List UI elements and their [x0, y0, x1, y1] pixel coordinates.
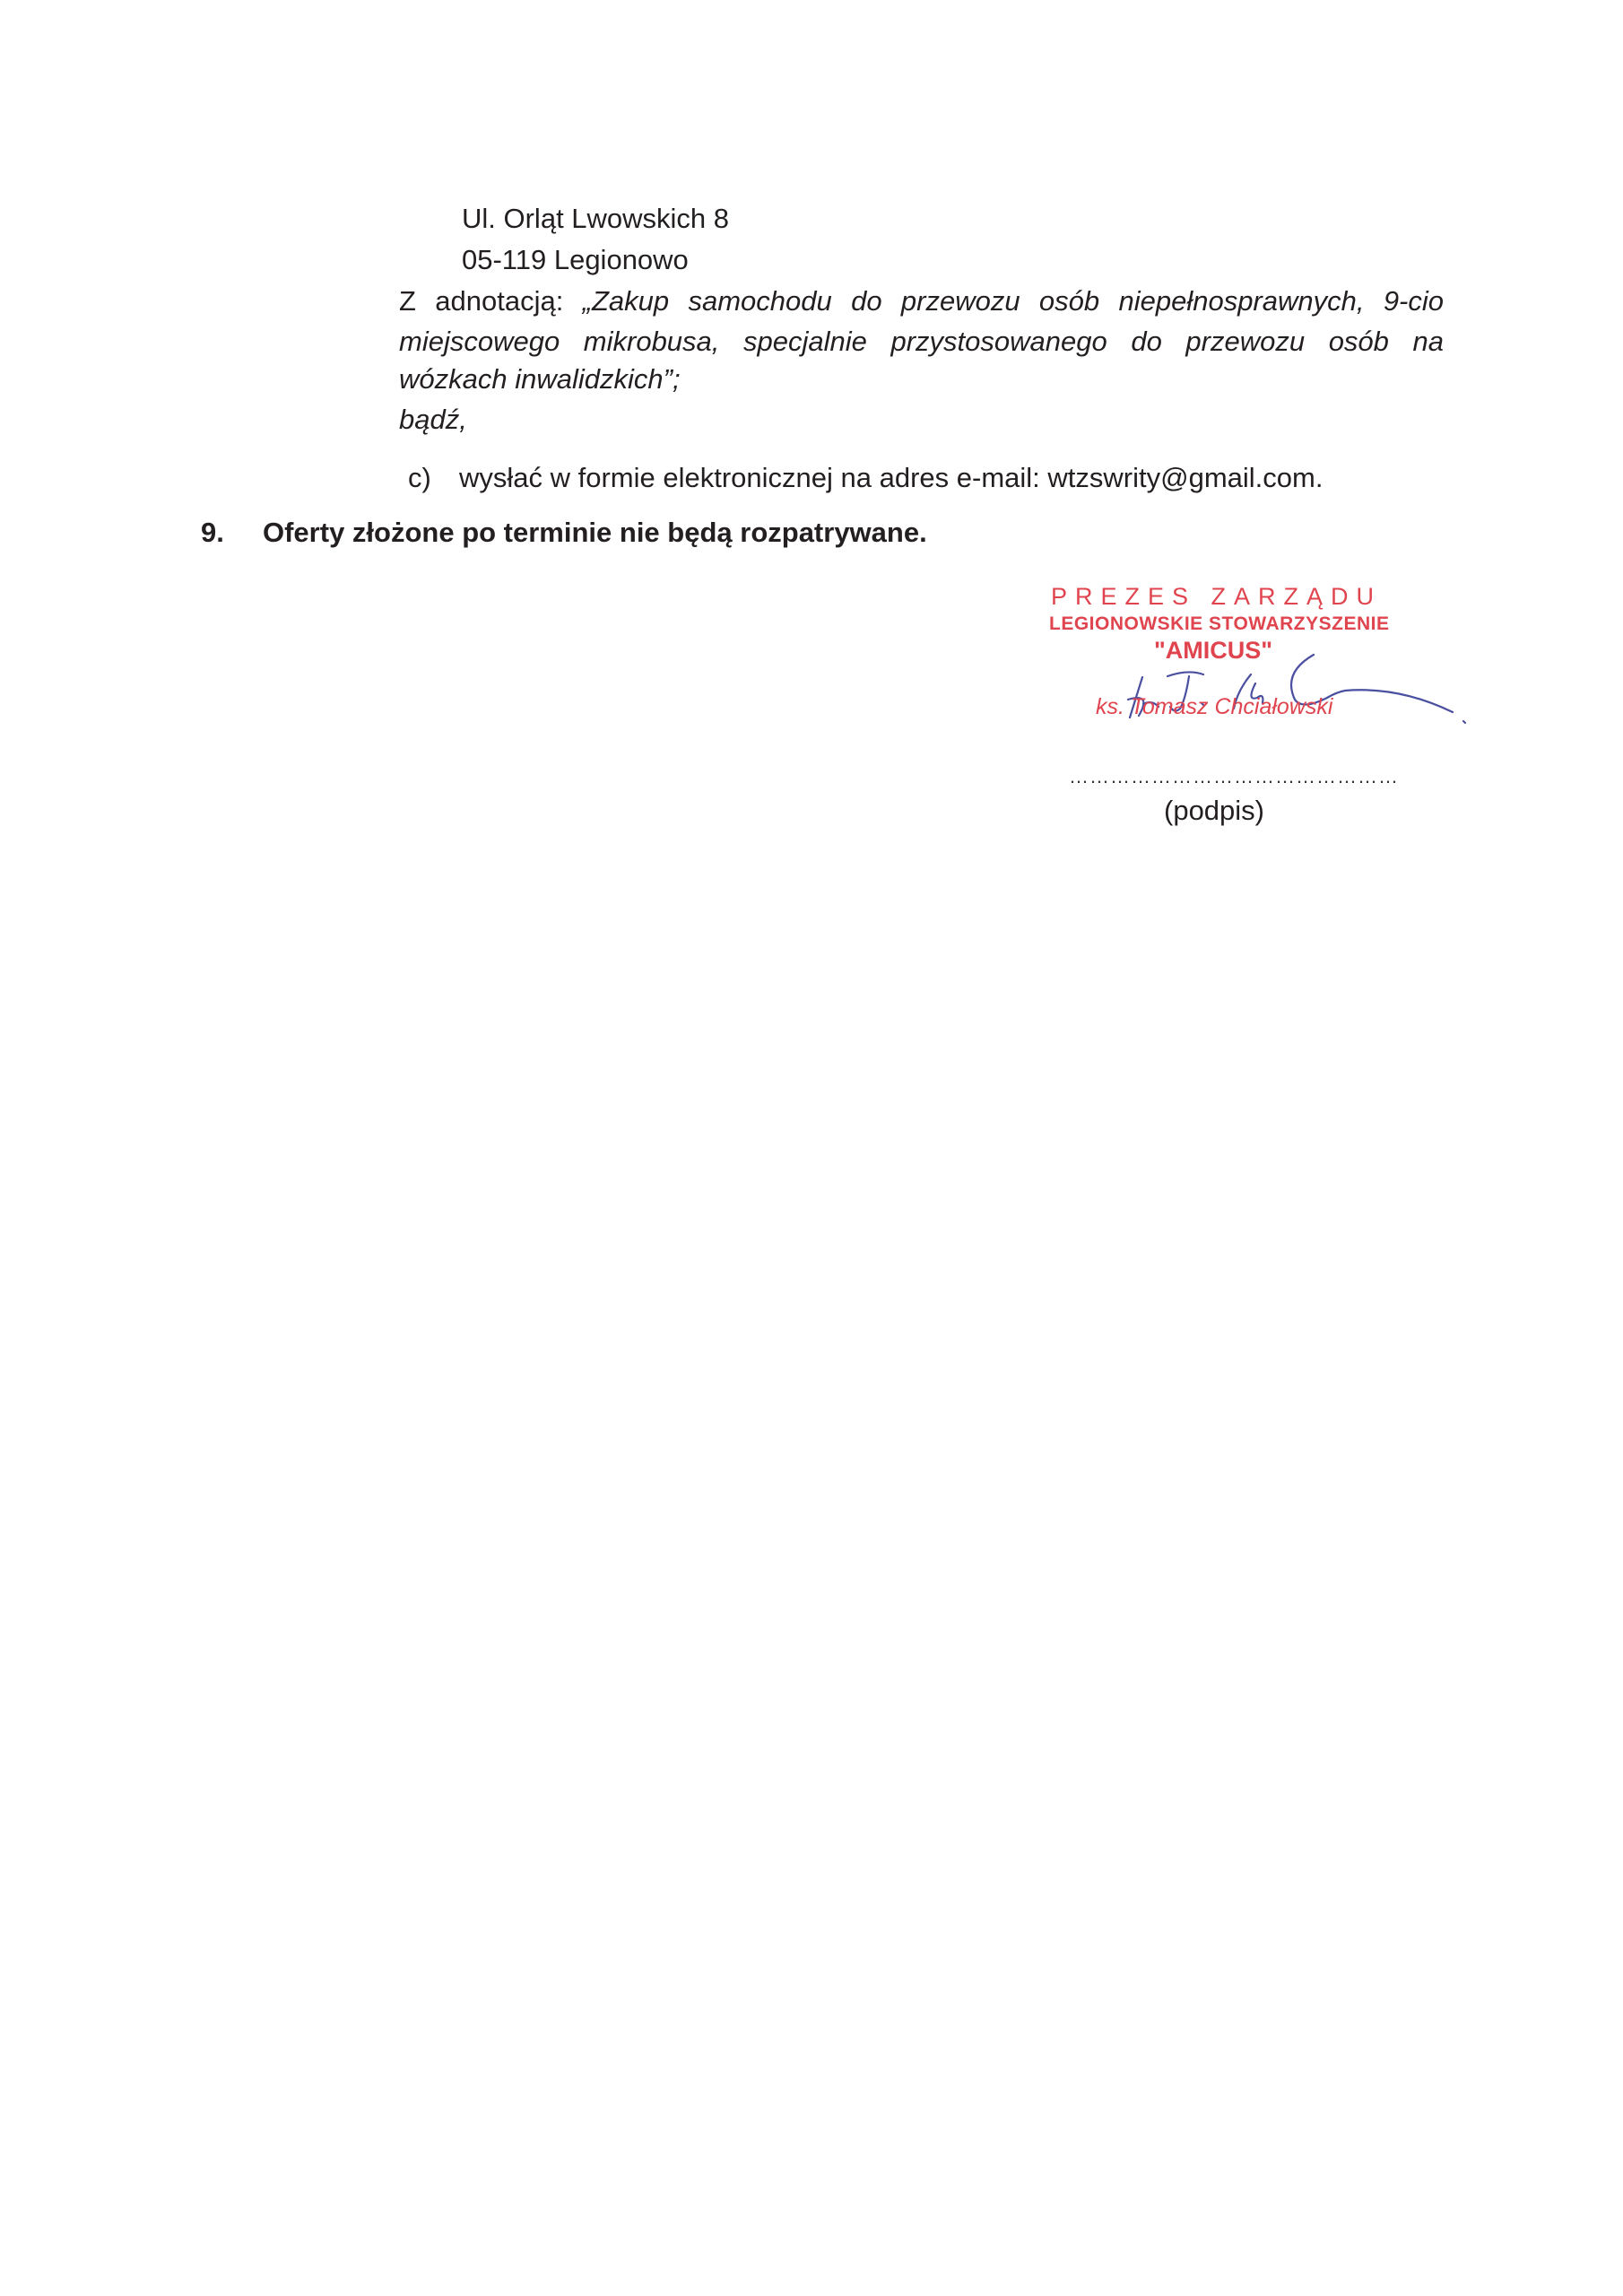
annotation-or: bądź,	[399, 402, 467, 438]
item-c-text: wysłać w formie elektronicznej na adres …	[459, 460, 1323, 496]
handwritten-signature	[1103, 637, 1569, 735]
stamp-title: PREZES ZARZĄDU	[1051, 583, 1382, 611]
address-street: Ul. Orląt Lwowskich 8	[462, 201, 729, 237]
stamp-person: ks. Tomasz Chciałowski	[1096, 694, 1332, 720]
signature-label: (podpis)	[1164, 793, 1264, 829]
signature-dots: …………………………………………	[1069, 759, 1399, 795]
annotation-line-1: Z adnotacją: „Zakup samochodu do przewoz…	[399, 281, 1444, 321]
annotation-prefix: Z adnotacją:	[399, 285, 583, 317]
stamp-org: LEGIONOWSKIE STOWARZYSZENIE	[1049, 613, 1389, 635]
item-9-text: Oferty złożone po terminie nie będą rozp…	[263, 515, 927, 551]
address-city: 05-119 Legionowo	[462, 242, 689, 278]
item-c-marker: c)	[408, 460, 431, 496]
annotation-text-1: „Zakup samochodu do przewozu osób niepeł…	[583, 285, 1444, 317]
annotation-line-3: wózkach inwalidzkich”;	[399, 361, 681, 397]
annotation-line-2: miejscowego mikrobusa, specjalnie przyst…	[399, 321, 1444, 361]
item-9-number: 9.	[201, 515, 224, 551]
